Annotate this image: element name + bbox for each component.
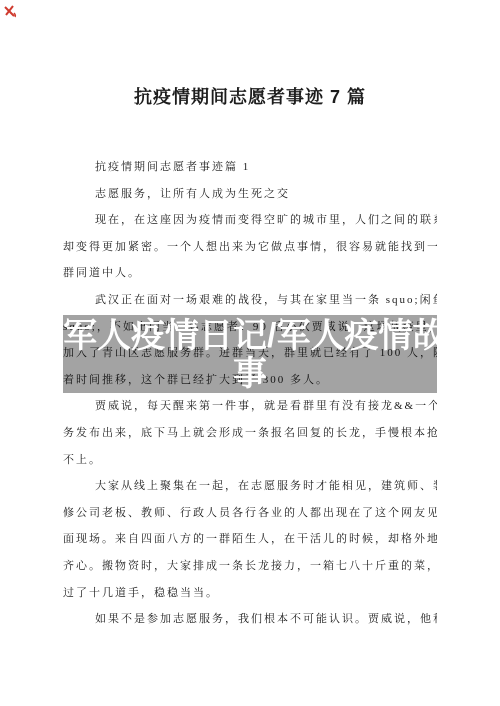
text-line: 志愿服务，让所有人成为生死之交	[63, 181, 437, 208]
text-line: 群同道中人。	[63, 260, 437, 287]
text-line: 却变得更加紧密。一个人想出来为它做点事情，很容易就能找到一	[63, 234, 437, 261]
document-body: 抗疫情期间志愿者事迹篇 1志愿服务，让所有人成为生死之交现在，在这座因为疫情而变…	[63, 154, 437, 633]
text-line: 现在，在这座因为疫情而变得空旷的城市里，人们之间的联系	[63, 207, 437, 234]
text-line: 过了十几道手，稳稳当当。	[63, 580, 437, 607]
text-line: 务发布出来，底下马上就会形成一条报名回复的长龙，手慢根本抢	[63, 420, 437, 447]
text-line: 抗疫情期间志愿者事迹篇 1	[63, 154, 437, 181]
text-line: 如果不是参加志愿服务，我们根本不可能认识。贾威说，他和	[63, 606, 437, 633]
text-line: 大家从线上聚集在一起，在志愿服务时才能相见，建筑师、装	[63, 473, 437, 500]
overlay-banner: 军人疫情日记/军人疫情故事	[63, 315, 437, 393]
document-page: 抗疫情期间志愿者事迹 7 篇 抗疫情期间志愿者事迹篇 1志愿服务，让所有人成为生…	[0, 0, 500, 706]
text-line: 修公司老板、教师、行政人员各行各业的人都出现在了这个网友见	[63, 500, 437, 527]
page-title: 抗疫情期间志愿者事迹 7 篇	[0, 83, 500, 109]
text-line: 齐心。搬物资时，大家排成一条长龙接力，一箱七八十斤重的菜，	[63, 553, 437, 580]
text-line: 武汉正在面对一场艰难的战役，与其在家里当一条 squo;闲鱼	[63, 287, 437, 314]
text-line: 贾威说，每天醒来第一件事，就是看群里有没有接龙&&一个任	[63, 393, 437, 420]
overlay-banner-text: 事	[63, 355, 437, 393]
overlay-banner-text: 军人疫情日记/军人疫情故	[63, 317, 437, 355]
watermark-icon	[3, 4, 18, 19]
text-line: 面现场。来自四面八方的一群陌生人，在干活儿的时候，却格外地	[63, 526, 437, 553]
text-line: 不上。	[63, 447, 437, 474]
